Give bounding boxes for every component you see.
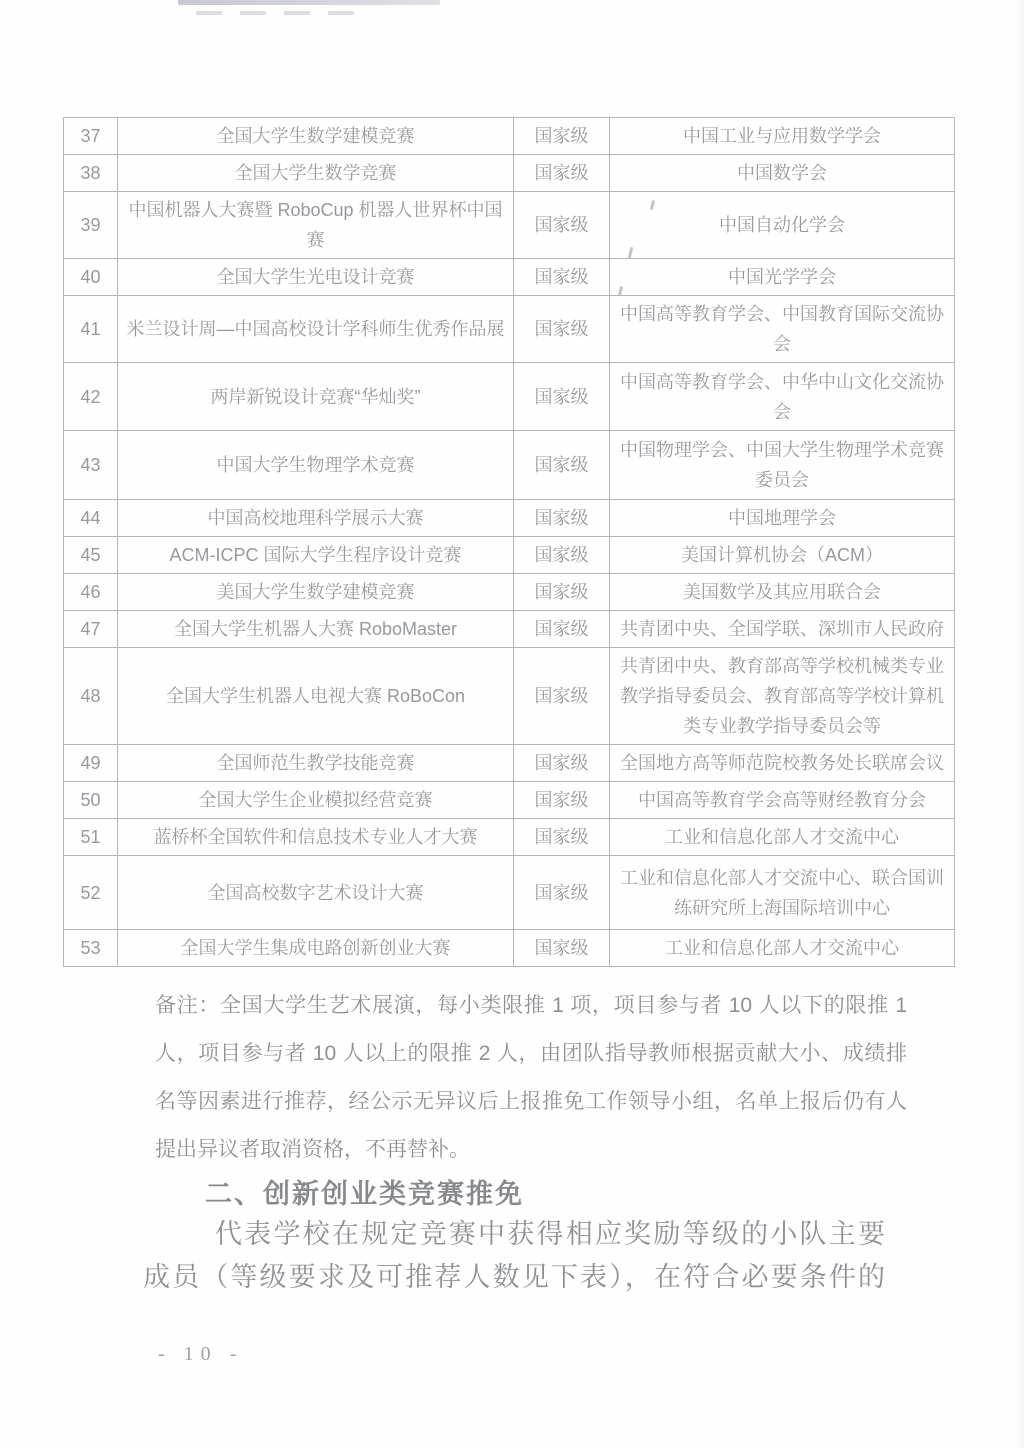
- paragraph-line: 成员（等级要求及可推荐人数见下表），在符合必要条件的: [143, 1256, 885, 1299]
- page-number: - 10 -: [158, 1343, 243, 1366]
- row-number-cell: 41: [64, 296, 118, 363]
- row-number-cell: 51: [64, 819, 118, 856]
- organizer-cell: 中国自动化学会: [610, 192, 955, 259]
- organizer-cell: 中国地理学会: [610, 500, 955, 537]
- level-cell: 国家级: [514, 648, 610, 745]
- paragraph-line: 代表学校在规定竞赛中获得相应奖励等级的小队主要: [143, 1213, 885, 1256]
- remark-line: 提出异议者取消资格，不再替补。: [155, 1126, 907, 1174]
- competition-name-cell: 蓝桥杯全国软件和信息技术专业人才大赛: [118, 819, 514, 856]
- level-cell: 国家级: [514, 192, 610, 259]
- row-number-cell: 39: [64, 192, 118, 259]
- table-row: 39 中国机器人大赛暨 RoboCup 机器人世界杯中国赛 国家级 中国自动化学…: [64, 192, 955, 259]
- organizer-cell: 中国物理学会、中国大学生物理学术竞赛委员会: [610, 431, 955, 500]
- level-cell: 国家级: [514, 930, 610, 967]
- competition-name-cell: 全国大学生机器人大赛 RoboMaster: [118, 611, 514, 648]
- competition-name-cell: 中国大学生物理学术竞赛: [118, 431, 514, 500]
- row-number-cell: 46: [64, 574, 118, 611]
- body-paragraph: 代表学校在规定竞赛中获得相应奖励等级的小队主要 成员（等级要求及可推荐人数见下表…: [143, 1213, 885, 1299]
- competition-name-cell: 全国高校数字艺术设计大赛: [118, 856, 514, 930]
- level-cell: 国家级: [514, 819, 610, 856]
- row-number-cell: 43: [64, 431, 118, 500]
- table-row: 45 ACM-ICPC 国际大学生程序设计竞赛 国家级 美国计算机协会（ACM）: [64, 537, 955, 574]
- organizer-cell: 中国高等教育学会、中国教育国际交流协会: [610, 296, 955, 363]
- row-number-cell: 50: [64, 782, 118, 819]
- organizer-cell: 中国数学会: [610, 155, 955, 192]
- level-cell: 国家级: [514, 782, 610, 819]
- table-row: 43 中国大学生物理学术竞赛 国家级 中国物理学会、中国大学生物理学术竞赛委员会: [64, 431, 955, 500]
- row-number-cell: 44: [64, 500, 118, 537]
- competition-name-cell: 全国大学生光电设计竞赛: [118, 259, 514, 296]
- scan-edge-shadow: [1014, 0, 1024, 1448]
- competition-name-cell: 全国大学生企业模拟经营竞赛: [118, 782, 514, 819]
- competition-table: 37 全国大学生数学建模竞赛 国家级 中国工业与应用数学学会 38 全国大学生数…: [63, 117, 955, 967]
- level-cell: 国家级: [514, 363, 610, 431]
- organizer-cell: 中国高等教育学会高等财经教育分会: [610, 782, 955, 819]
- table-row: 49 全国师范生教学技能竞赛 国家级 全国地方高等师范院校教务处长联席会议: [64, 745, 955, 782]
- competition-name-cell: 全国大学生数学竞赛: [118, 155, 514, 192]
- organizer-cell: 中国高等教育学会、中华中山文化交流协会: [610, 363, 955, 431]
- table-row: 52 全国高校数字艺术设计大赛 国家级 工业和信息化部人才交流中心、联合国训练研…: [64, 856, 955, 930]
- level-cell: 国家级: [514, 155, 610, 192]
- remark-line: 人，项目参与者 10 人以上的限推 2 人，由团队指导教师根据贡献大小、成绩排: [155, 1030, 907, 1078]
- table-row: 50 全国大学生企业模拟经营竞赛 国家级 中国高等教育学会高等财经教育分会: [64, 782, 955, 819]
- row-number-cell: 38: [64, 155, 118, 192]
- competition-name-cell: 中国高校地理科学展示大赛: [118, 500, 514, 537]
- competition-table-body: 37 全国大学生数学建模竞赛 国家级 中国工业与应用数学学会 38 全国大学生数…: [64, 118, 955, 967]
- competition-name-cell: ACM-ICPC 国际大学生程序设计竞赛: [118, 537, 514, 574]
- competition-name-cell: 米兰设计周—中国高校设计学科师生优秀作品展: [118, 296, 514, 363]
- table-row: 37 全国大学生数学建模竞赛 国家级 中国工业与应用数学学会: [64, 118, 955, 155]
- scan-artifact: [178, 0, 440, 5]
- table-row: 46 美国大学生数学建模竞赛 国家级 美国数学及其应用联合会: [64, 574, 955, 611]
- table-row: 42 两岸新锐设计竞赛“华灿奖” 国家级 中国高等教育学会、中华中山文化交流协会: [64, 363, 955, 431]
- table-row: 51 蓝桥杯全国软件和信息技术专业人才大赛 国家级 工业和信息化部人才交流中心: [64, 819, 955, 856]
- row-number-cell: 40: [64, 259, 118, 296]
- level-cell: 国家级: [514, 431, 610, 500]
- table-row: 47 全国大学生机器人大赛 RoboMaster 国家级 共青团中央、全国学联、…: [64, 611, 955, 648]
- organizer-cell: 工业和信息化部人才交流中心: [610, 930, 955, 967]
- organizer-cell: 工业和信息化部人才交流中心: [610, 819, 955, 856]
- competition-name-cell: 全国大学生集成电路创新创业大赛: [118, 930, 514, 967]
- row-number-cell: 48: [64, 648, 118, 745]
- row-number-cell: 47: [64, 611, 118, 648]
- organizer-cell: 美国数学及其应用联合会: [610, 574, 955, 611]
- competition-name-cell: 全国大学生机器人电视大赛 RoBoCon: [118, 648, 514, 745]
- level-cell: 国家级: [514, 611, 610, 648]
- competition-name-cell: 全国师范生教学技能竞赛: [118, 745, 514, 782]
- level-cell: 国家级: [514, 296, 610, 363]
- competition-name-cell: 美国大学生数学建模竞赛: [118, 574, 514, 611]
- level-cell: 国家级: [514, 500, 610, 537]
- competition-name-cell: 中国机器人大赛暨 RoboCup 机器人世界杯中国赛: [118, 192, 514, 259]
- organizer-cell: 中国工业与应用数学学会: [610, 118, 955, 155]
- remark-line: 名等因素进行推荐，经公示无异议后上报推免工作领导小组，名单上报后仍有人: [155, 1078, 907, 1126]
- table-row: 38 全国大学生数学竞赛 国家级 中国数学会: [64, 155, 955, 192]
- table-row: 44 中国高校地理科学展示大赛 国家级 中国地理学会: [64, 500, 955, 537]
- level-cell: 国家级: [514, 574, 610, 611]
- organizer-cell: 共青团中央、教育部高等学校机械类专业教学指导委员会、教育部高等学校计算机类专业教…: [610, 648, 955, 745]
- section-heading: 二、创新创业类竞赛推免: [205, 1172, 524, 1211]
- level-cell: 国家级: [514, 856, 610, 930]
- level-cell: 国家级: [514, 259, 610, 296]
- remark-line: 备注：全国大学生艺术展演，每小类限推 1 项，项目参与者 10 人以下的限推 1: [155, 982, 907, 1030]
- level-cell: 国家级: [514, 118, 610, 155]
- table-row: 40 全国大学生光电设计竞赛 国家级 中国光学学会: [64, 259, 955, 296]
- table-row: 48 全国大学生机器人电视大赛 RoBoCon 国家级 共青团中央、教育部高等学…: [64, 648, 955, 745]
- doc-page: { "table": { "rows": [ { "no": "37", "na…: [0, 0, 1024, 1448]
- level-cell: 国家级: [514, 745, 610, 782]
- organizer-cell: 全国地方高等师范院校教务处长联席会议: [610, 745, 955, 782]
- organizer-cell: 美国计算机协会（ACM）: [610, 537, 955, 574]
- remark-note: 备注：全国大学生艺术展演，每小类限推 1 项，项目参与者 10 人以下的限推 1…: [155, 982, 907, 1174]
- row-number-cell: 45: [64, 537, 118, 574]
- organizer-cell: 中国光学学会: [610, 259, 955, 296]
- table-row: 41 米兰设计周—中国高校设计学科师生优秀作品展 国家级 中国高等教育学会、中国…: [64, 296, 955, 363]
- competition-name-cell: 全国大学生数学建模竞赛: [118, 118, 514, 155]
- row-number-cell: 53: [64, 930, 118, 967]
- level-cell: 国家级: [514, 537, 610, 574]
- scan-artifact: [196, 11, 356, 15]
- competition-name-cell: 两岸新锐设计竞赛“华灿奖”: [118, 363, 514, 431]
- row-number-cell: 52: [64, 856, 118, 930]
- row-number-cell: 42: [64, 363, 118, 431]
- organizer-cell: 工业和信息化部人才交流中心、联合国训练研究所上海国际培训中心: [610, 856, 955, 930]
- table-row: 53 全国大学生集成电路创新创业大赛 国家级 工业和信息化部人才交流中心: [64, 930, 955, 967]
- organizer-cell: 共青团中央、全国学联、深圳市人民政府: [610, 611, 955, 648]
- row-number-cell: 49: [64, 745, 118, 782]
- row-number-cell: 37: [64, 118, 118, 155]
